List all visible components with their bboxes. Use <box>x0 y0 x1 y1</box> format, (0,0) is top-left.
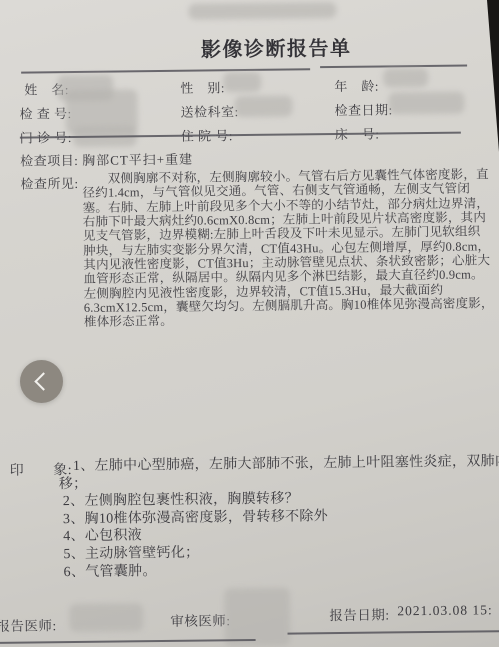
reporter-label: 报告医师: <box>0 614 57 635</box>
redaction-blur-reviewer <box>224 588 291 647</box>
field-label-gender: 性 别: <box>180 77 225 97</box>
field-label-age: 年 龄: <box>334 76 379 96</box>
chevron-left-icon <box>34 372 52 390</box>
divider <box>320 65 467 68</box>
redaction-blur-age <box>383 68 428 88</box>
signature-line <box>0 639 256 644</box>
redaction-blur-hospital <box>188 2 336 20</box>
exam-item-value: 胸部CT平扫+重建 <box>82 149 193 169</box>
redaction-blur-department <box>234 95 292 117</box>
findings-text: 双侧胸廓不对称，左侧胸廓较小。气管右后方见囊性气体密度影，直 径约1.4cm，与… <box>82 167 494 329</box>
report-date-value: 2021.03.08 15: <box>397 602 493 619</box>
redaction-blur-reporter <box>69 603 143 632</box>
exam-item-label: 检查项目: <box>20 150 78 170</box>
field-label-exam-date: 检查日期: <box>334 99 392 119</box>
impression-text: 1、左肺中心型肺癌，左肺大部肺不张，左肺上叶阻塞性炎症，双肺内转 移； 2、左侧… <box>59 453 499 581</box>
field-label-department: 送检科室: <box>180 101 238 121</box>
redaction-blur-gender <box>223 72 261 92</box>
reviewer-label: 审核医师: <box>170 609 230 630</box>
field-label-exam-no: 检 查 号: <box>19 103 71 123</box>
back-button[interactable] <box>20 360 63 403</box>
signature-line <box>288 630 499 634</box>
report-date-label: 报告日期: <box>329 603 389 624</box>
divider <box>21 68 310 73</box>
report-photo: 影像诊断报告单 姓 名: 性 别: 年 龄: 检 查 号: 送检科室: 检查日期… <box>0 0 499 647</box>
redaction-blur-exam-date <box>388 92 464 115</box>
findings-label: 检查所见: <box>20 173 78 193</box>
page-title: 影像诊断报告单 <box>201 32 352 63</box>
paper: 影像诊断报告单 姓 名: 性 别: 年 龄: 检 查 号: 送检科室: 检查日期… <box>0 0 499 647</box>
